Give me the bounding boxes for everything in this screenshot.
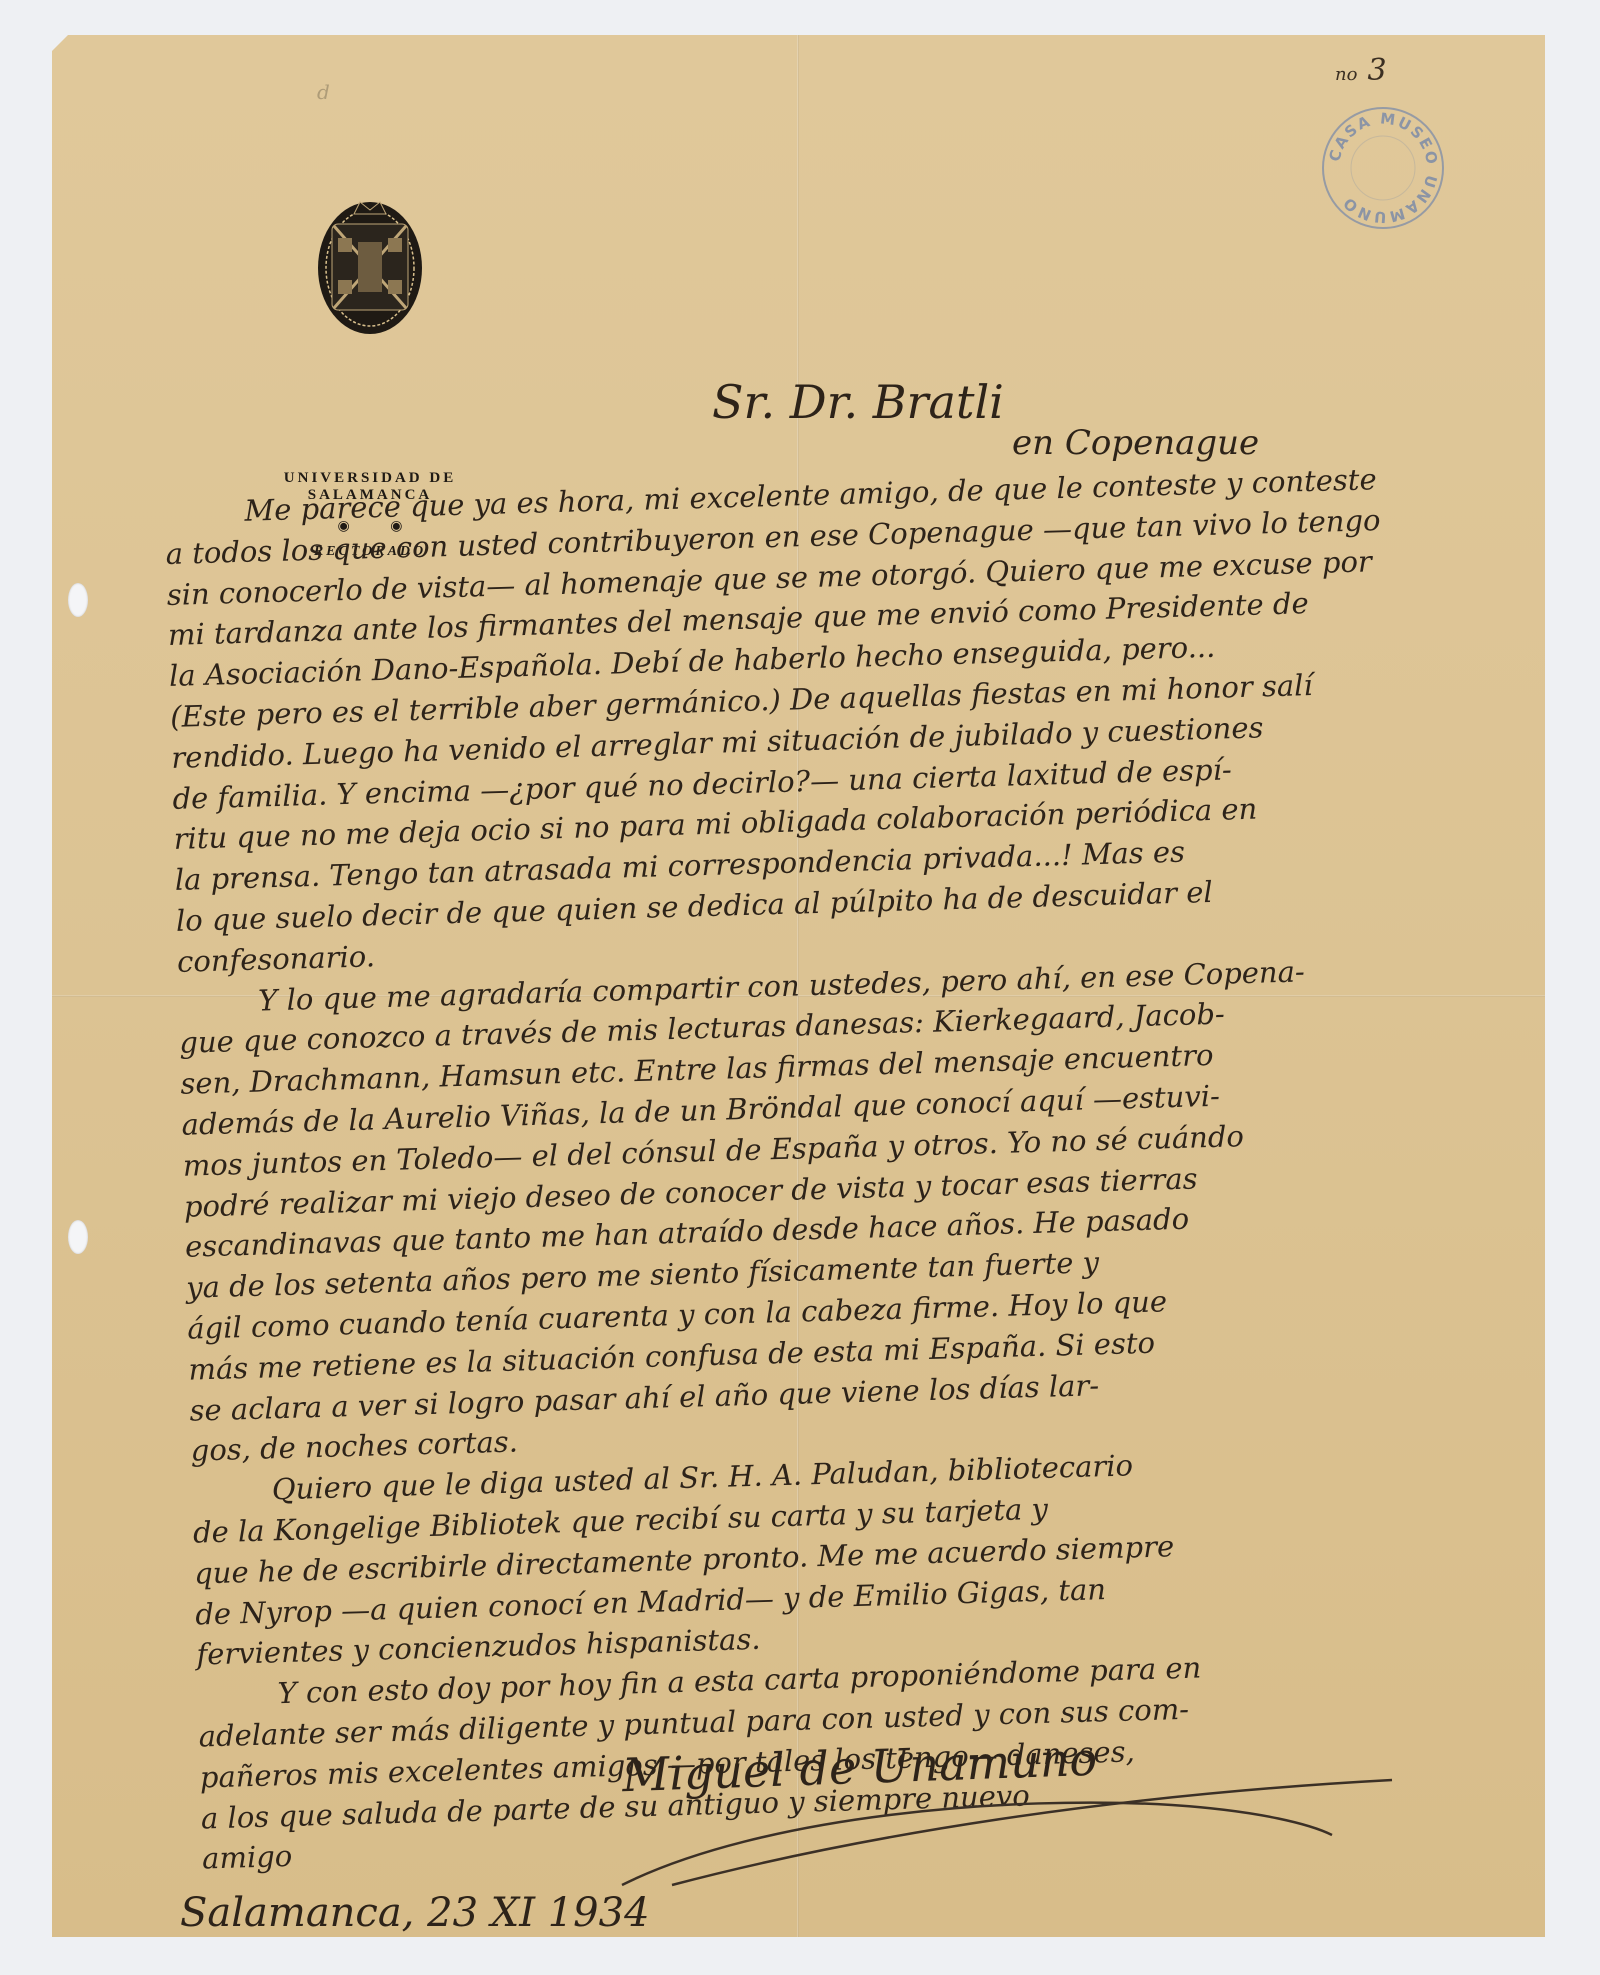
svg-text:CASA MUSEO UNAMUNO: CASA MUSEO UNAMUNO [1325, 109, 1441, 226]
addressee: Sr. Dr. Bratli [712, 375, 1004, 429]
university-crest-icon [310, 190, 430, 340]
signature-flourish-icon [612, 1775, 1412, 1895]
addressee-location: en Copenague [1012, 423, 1259, 463]
punch-hole-lower [68, 1220, 88, 1254]
museum-stamp: CASA MUSEO UNAMUNO [1318, 103, 1448, 233]
punch-hole-upper [68, 583, 88, 617]
dateline-place: Salamanca, [180, 1890, 414, 1936]
dateline-date: 23 XI 1934 [427, 1890, 649, 1936]
letter-body: Me parece que ya es hora, mi excelente a… [164, 454, 1600, 1880]
archive-number-value: 3 [1367, 53, 1386, 88]
dateline: Salamanca, 23 XI 1934 [180, 1890, 650, 1936]
archive-number-prefix: no [1335, 64, 1357, 85]
stamp-ring-icon: CASA MUSEO UNAMUNO [1318, 103, 1448, 233]
archive-number: no3 [1335, 53, 1387, 88]
stamp-text: CASA MUSEO UNAMUNO [1325, 109, 1441, 226]
pencil-mark: d [317, 80, 330, 104]
letter-sheet: d no3 CASA MUSEO UNAMUNO [52, 35, 1545, 1937]
